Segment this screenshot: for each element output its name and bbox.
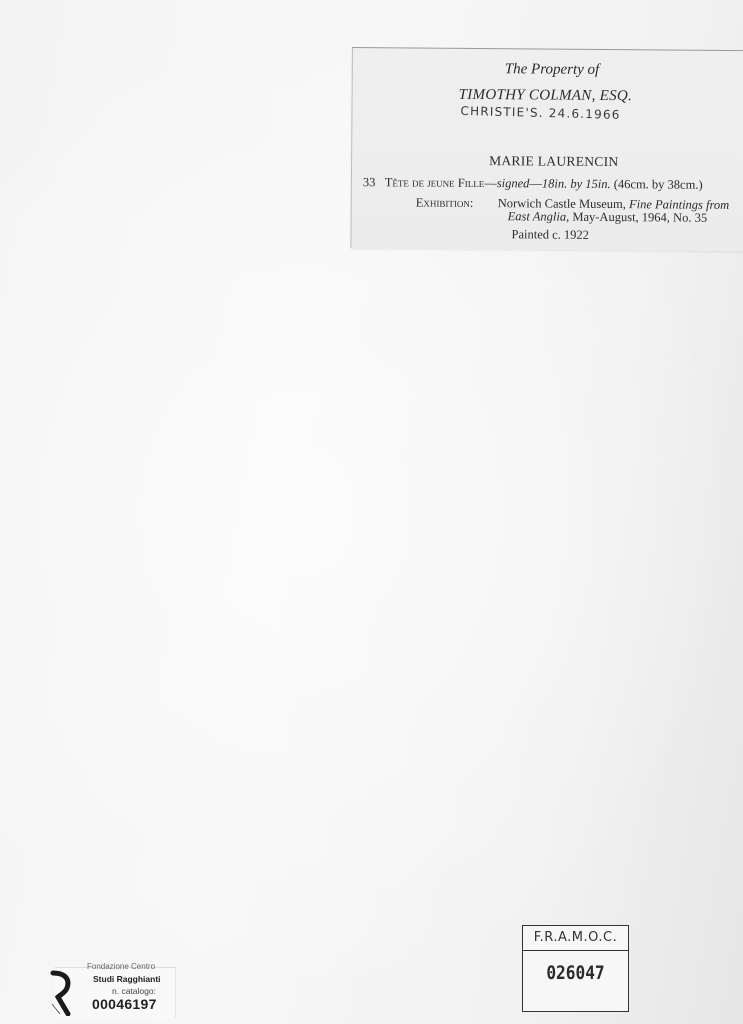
organization-top-line: Fondazione Centro — [87, 962, 155, 971]
dimensions-cm: (46cm. by 38cm.) — [614, 177, 703, 192]
exhibition-label: Exhibition: — [416, 196, 474, 211]
catalog-number: 00046197 — [92, 996, 157, 1012]
signed-note: signed — [497, 176, 530, 190]
catalog-label: n. catalogo: — [112, 986, 156, 996]
ragghianti-r-logo-icon — [50, 970, 72, 1016]
exhibition-line-2: East Anglia, May-August, 1964, No. 35 — [508, 209, 708, 226]
catalog-sticker: Fondazione Centro Studi Ragghianti n. ca… — [55, 967, 176, 1018]
framoc-stamp: F.R.A.M.O.C. 026047 — [522, 925, 629, 1012]
artwork-title: Tête de jeune Fille — [385, 175, 485, 190]
framoc-number: 026047 — [531, 962, 620, 984]
exhibition-title-part2: East Anglia — [508, 209, 567, 223]
dimensions-inches: 18in. by 15in. — [542, 176, 611, 191]
handwritten-annotation: CHRISTIE'S. 24.6.1966 — [460, 104, 620, 122]
painted-date: Painted c. 1922 — [511, 227, 589, 243]
organization-name: Studi Ragghianti — [93, 974, 161, 984]
framoc-header: F.R.A.M.O.C. — [523, 926, 628, 951]
property-of-label: The Property of — [505, 61, 600, 79]
exhibition-dates: , May-August, 1964, No. 35 — [566, 210, 707, 225]
lot-description: 33 Tête de jeune Fille—signed—18in. by 1… — [363, 175, 703, 193]
owner-name: TIMOTHY COLMAN, ESQ. — [459, 87, 633, 105]
lot-number: 33 — [363, 175, 376, 189]
artist-name: MARIE LAURENCIN — [489, 153, 618, 170]
auction-catalog-clipping: The Property of TIMOTHY COLMAN, ESQ. CHR… — [350, 47, 743, 251]
